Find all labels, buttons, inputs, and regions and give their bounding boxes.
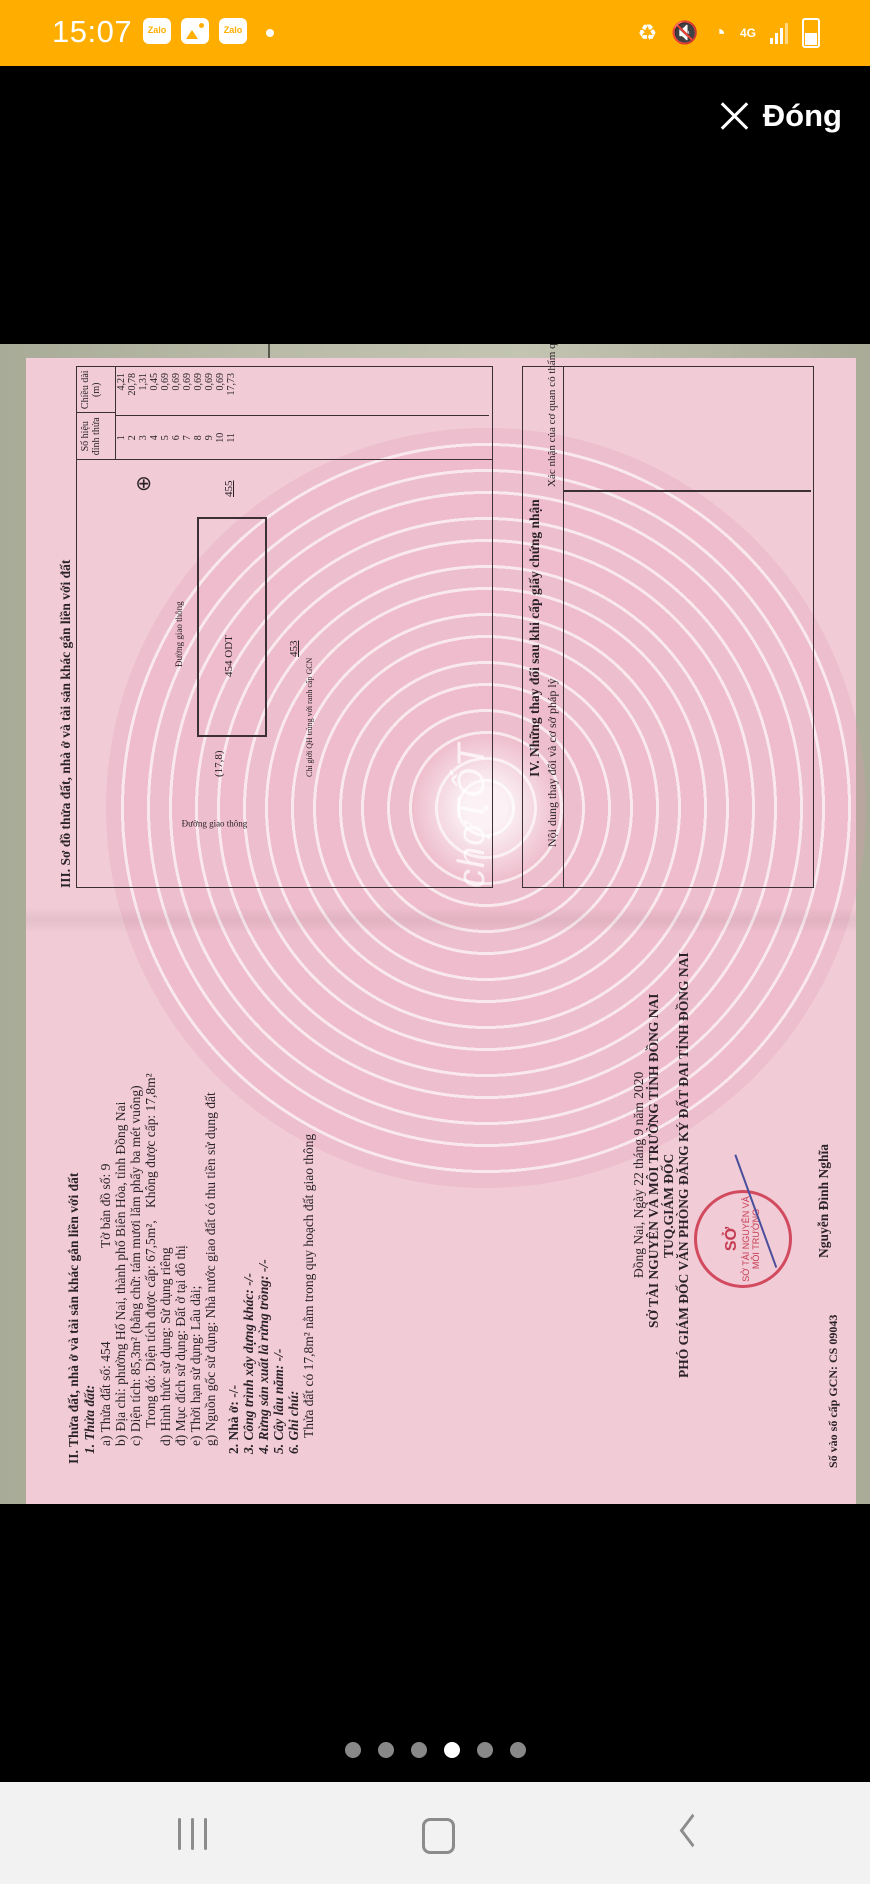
image-pager xyxy=(0,1742,870,1758)
edge-length: 0,69 xyxy=(171,373,182,416)
edge-length: 0,69 xyxy=(204,373,215,416)
point-column: 1234567891011 xyxy=(116,416,489,460)
land-certificate: chợTỐT II. Thửa đất, nhà ở và tài sản kh… xyxy=(26,358,856,1504)
col-length-header: Chiều dài (m) xyxy=(77,367,115,413)
vertex-id: 10 xyxy=(215,417,226,460)
section-2-title: II. Thửa đất, nhà ở và tài sản khác gắn … xyxy=(66,1173,81,1464)
edge-length: 1,31 xyxy=(138,373,149,416)
length-column: 4,2120,781,310,450,690,690,690,690,690,6… xyxy=(116,367,489,416)
address: b) Địa chỉ: phường Hố Nai, thành phố Biê… xyxy=(113,1102,128,1446)
battery-saver-icon: ♻ xyxy=(638,22,658,44)
pager-dot[interactable] xyxy=(510,1742,526,1758)
close-label: Đóng xyxy=(763,98,842,134)
parcel-label: 454 ODT xyxy=(222,635,237,677)
clock: 15:07 xyxy=(52,14,132,50)
house: 2. Nhà ở: -/- xyxy=(226,1385,241,1454)
vertex-id: 1 xyxy=(116,417,127,460)
vibrate-mute-icon: 🔇 xyxy=(671,22,698,44)
page-fold xyxy=(26,907,856,933)
pager-dot[interactable] xyxy=(411,1742,427,1758)
close-button[interactable]: Đóng xyxy=(719,98,842,134)
navigation-bar xyxy=(0,1782,870,1884)
back-button[interactable] xyxy=(660,1812,720,1856)
edge-length: 0,45 xyxy=(149,373,160,416)
register-number: Số vào sổ cấp GCN: CS 09043 xyxy=(826,1315,841,1468)
section-3-title: III. Sơ đồ thửa đất, nhà ở và tài sản kh… xyxy=(58,560,73,888)
notes: Thửa đất có 17,8m² nằm trong quy hoạch đ… xyxy=(301,1134,316,1438)
edge-length: 0,69 xyxy=(182,373,193,416)
wifi-icon: ◔ xyxy=(713,22,726,44)
edge-length: 17,73 xyxy=(226,373,237,416)
road-top-label: Đường giao thông xyxy=(182,817,248,832)
neighbor-455: 455 xyxy=(222,481,237,498)
battery-icon xyxy=(802,18,820,48)
pager-dot[interactable] xyxy=(477,1742,493,1758)
changes-col-1: Nội dung thay đổi và cơ sở pháp lý xyxy=(545,678,560,847)
edge-length: 0,69 xyxy=(215,373,226,416)
col-point-header: Số hiệu đỉnh thửa xyxy=(77,413,115,460)
vertex-table: Số hiệu đỉnh thửa Chiều dài (m) 12345678… xyxy=(77,367,492,460)
date-line: Đồng Nai, Ngày 22 tháng 9 năm 2020 xyxy=(631,1072,646,1278)
edge-length: 0,69 xyxy=(193,373,204,416)
notes-heading: 6. Ghi chú: xyxy=(286,1391,301,1454)
edge-length: 0,69 xyxy=(160,373,171,416)
vertex-id: 6 xyxy=(171,417,182,460)
home-icon xyxy=(422,1818,455,1854)
changes-col-2: Xác nhận của cơ quan có thẩm quyền xyxy=(545,344,560,487)
issuer-line-1: SỞ TÀI NGUYÊN VÀ MÔI TRƯỜNG TỈNH ĐỒNG NA… xyxy=(646,993,661,1328)
usage-purpose: đ) Mục đích sử dụng: Đất ở tại đô thị xyxy=(173,1245,188,1446)
vertex-id: 2 xyxy=(127,417,138,460)
pager-dot[interactable] xyxy=(444,1742,460,1758)
usage-form: d) Hình thức sử dụng: Sử dụng riêng xyxy=(158,1247,173,1446)
gallery-icon xyxy=(181,18,209,44)
land-heading: 1. Thửa đất: xyxy=(82,1385,97,1454)
photo[interactable]: chợTỐT II. Thửa đất, nhà ở và tài sản kh… xyxy=(0,344,870,1504)
perennial: 5. Cây lâu năm: -/- xyxy=(271,1349,286,1454)
road-side-label: Đường giao thông xyxy=(172,601,187,667)
plot-diagram-box: 454 ODT (17,8) Đường giao thông Đường gi… xyxy=(76,366,493,888)
north-arrow-icon: ⊕ xyxy=(137,475,152,492)
map-sheet: Tờ bản đồ số: 9 xyxy=(98,1164,113,1248)
home-button[interactable] xyxy=(408,1812,468,1856)
pager-dot[interactable] xyxy=(345,1742,361,1758)
recent-apps-button[interactable] xyxy=(166,1812,226,1856)
system-icons: ♻ 🔇 ◔ 4G xyxy=(638,16,820,50)
area-not-granted: Không được cấp: 17,8m² xyxy=(143,1073,158,1208)
edge-length: 20,78 xyxy=(127,373,138,416)
changes-header: IV. Những thay đổi sau khi cấp giấy chứn… xyxy=(523,367,564,887)
usage-origin: g) Nguồn gốc sử dụng: Nhà nước giao đất … xyxy=(203,1092,218,1446)
area-detail: Trong đó: Diện tích được cấp: 67,5m², xyxy=(143,1220,158,1428)
vertex-id: 4 xyxy=(149,417,160,460)
signer-name: Nguyễn Đình Nghĩa xyxy=(816,1144,831,1258)
legend-note: Chỉ giới QH trùng với ranh cấp GCN xyxy=(302,658,317,777)
issuer-line-3: PHÓ GIÁM ĐỐC VĂN PHÒNG ĐĂNG KÝ ĐẤT ĐAI T… xyxy=(676,952,691,1378)
issuer-line-2: TUQ.GIÁM ĐỐC xyxy=(661,1154,676,1258)
more-notifications-icon xyxy=(266,29,274,37)
close-icon xyxy=(719,101,749,131)
vertex-id: 8 xyxy=(193,417,204,460)
edge-length: 4,21 xyxy=(116,373,127,416)
certificate-photo: chợTỐT II. Thửa đất, nhà ở và tài sản kh… xyxy=(16,358,866,1504)
status-bar: 15:07 Zalo Zalo ♻ 🔇 ◔ 4G xyxy=(0,0,870,66)
changes-box: IV. Những thay đổi sau khi cấp giấy chứn… xyxy=(522,366,814,888)
pager-dot[interactable] xyxy=(378,1742,394,1758)
other-works: 3. Công trình xây dựng khác: -/- xyxy=(241,1273,256,1454)
area: c) Diện tích: 85,3m² (bằng chữ: tám mươi… xyxy=(128,1085,143,1446)
vertex-id: 9 xyxy=(204,417,215,460)
vertex-id: 5 xyxy=(160,417,171,460)
neighbor-453: 453 xyxy=(287,641,302,658)
back-icon xyxy=(680,1814,706,1848)
vertex-id: 11 xyxy=(226,417,237,460)
cut-area-label: (17,8) xyxy=(212,750,227,777)
network-4g-icon: 4G xyxy=(740,27,756,39)
section-4-title: IV. Những thay đổi sau khi cấp giấy chứn… xyxy=(527,499,542,777)
zalo-icon: Zalo xyxy=(219,18,247,44)
vertex-id: 7 xyxy=(182,417,193,460)
plot-diagram xyxy=(197,517,267,737)
usage-term: e) Thời hạn sử dụng: Lâu dài; xyxy=(188,1286,203,1446)
signal-icon xyxy=(770,22,788,44)
parcel-no: a) Thửa đất số: 454 xyxy=(98,1341,113,1446)
forest: 4. Rừng sản xuất là rừng trồng: -/- xyxy=(256,1259,271,1454)
vertex-id: 3 xyxy=(138,417,149,460)
zalo-icon: Zalo xyxy=(143,18,171,44)
